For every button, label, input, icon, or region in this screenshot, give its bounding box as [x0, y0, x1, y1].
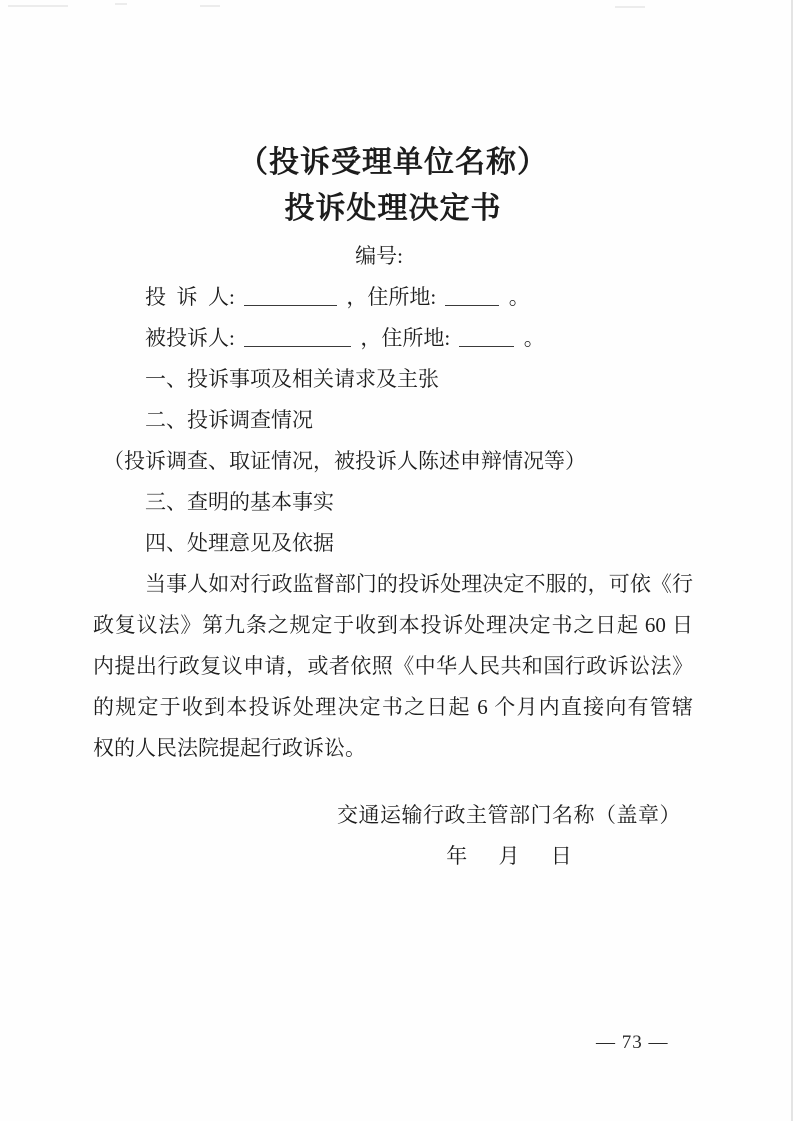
respondent-row-period: 。	[524, 326, 545, 350]
petitioner-name-blank	[244, 285, 337, 306]
legal-notice-line-2: 政复议法》第九条之规定于收到本投诉处理决定书之日起 60 日	[93, 605, 693, 646]
section-2-note: （投诉调查、取证情况，被投诉人陈述申辩情况等）	[93, 441, 693, 482]
petitioner-label: 投 诉 人:	[145, 285, 235, 309]
petitioner-row-period: 。	[509, 285, 530, 309]
scan-artifact	[200, 5, 220, 7]
document-title-org: （投诉受理单位名称）	[93, 140, 693, 186]
respondent-domicile-label: ，住所地:	[360, 326, 450, 350]
legal-notice-line-5: 权的人民法院提起行政诉讼。	[93, 728, 693, 769]
section-heading-1: 一、投诉事项及相关请求及主张	[93, 359, 693, 400]
signature-block: 交通运输行政主管部门名称（盖章） 年 月 日	[337, 795, 681, 877]
respondent-name-blank	[244, 326, 351, 347]
signing-authority: 交通运输行政主管部门名称（盖章）	[337, 795, 681, 836]
respondent-row: 被投诉人: ，住所地: 。	[93, 318, 693, 359]
respondent-domicile-blank	[459, 326, 514, 347]
petitioner-domicile-label: ，住所地:	[346, 285, 436, 309]
petitioner-domicile-blank	[445, 285, 499, 306]
legal-notice-line-3: 内提出行政复议申请，或者依照《中华人民共和国行政诉讼法》	[93, 646, 693, 687]
legal-notice-line-4: 的规定于收到本投诉处理决定书之日起 6 个月内直接向有管辖	[93, 687, 693, 728]
document-content: （投诉受理单位名称） 投诉处理决定书 编号: 投 诉 人: ，住所地: 。 被投…	[0, 0, 793, 877]
doc-number-label: 编号:	[79, 236, 679, 277]
scan-artifact	[8, 5, 68, 7]
document-page: （投诉受理单位名称） 投诉处理决定书 编号: 投 诉 人: ，住所地: 。 被投…	[0, 0, 793, 1121]
legal-notice-line-1: 当事人如对行政监督部门的投诉处理决定不服的，可依《行	[93, 564, 693, 605]
section-heading-4: 四、处理意见及依据	[93, 523, 693, 564]
document-title-main: 投诉处理决定书	[93, 186, 693, 232]
signature-date-line: 年 月 日	[337, 836, 681, 877]
page-number: — 73 —	[596, 1031, 669, 1055]
scan-artifact	[615, 6, 645, 8]
section-heading-2: 二、投诉调查情况	[93, 400, 693, 441]
section-heading-3: 三、查明的基本事实	[93, 482, 693, 523]
petitioner-row: 投 诉 人: ，住所地: 。	[93, 277, 693, 318]
respondent-label: 被投诉人:	[145, 326, 235, 350]
scan-artifact	[115, 3, 127, 5]
